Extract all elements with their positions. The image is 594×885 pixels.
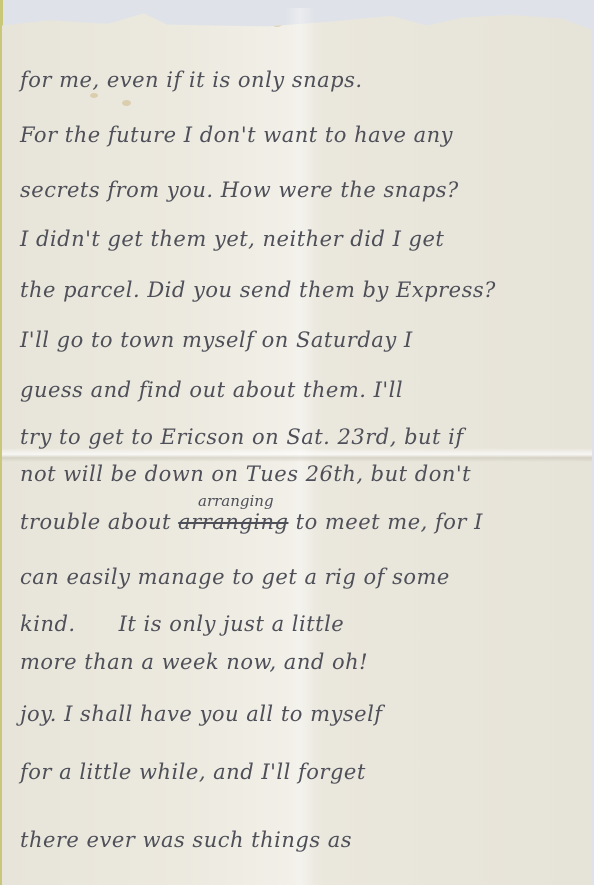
paper-stain <box>90 93 98 98</box>
letter-line-5: the parcel. Did you send them by Express… <box>20 278 496 302</box>
paper-stain <box>474 4 488 10</box>
line-10-start: trouble about <box>20 510 171 534</box>
letter-line-13: more than a week now, and oh! <box>20 650 368 674</box>
struck-word: arranging <box>178 510 288 534</box>
line-10-end: to meet me, for I <box>296 510 483 534</box>
letter-line-7: guess and find out about them. I'll <box>20 378 403 402</box>
letter-line-15: for a little while, and I'll forget <box>20 760 366 784</box>
horizontal-fold <box>2 448 592 462</box>
letter-line-2: For the future I don't want to have any <box>20 123 453 147</box>
letter-line-16: there ever was such things as <box>20 828 352 852</box>
letter-line-4: I didn't get them yet, neither did I get <box>20 227 444 251</box>
paper-stain <box>122 100 131 106</box>
letter-line-10: trouble about arranging to meet me, for … <box>20 510 483 534</box>
letter-line-6: I'll go to town myself on Saturday I <box>20 328 413 352</box>
letter-line-1: for me, even if it is only snaps. <box>20 68 363 92</box>
letter-line-12: kind. It is only just a little <box>20 612 344 636</box>
letter-line-8: try to get to Ericson on Sat. 23rd, but … <box>20 425 464 449</box>
inserted-word: arranging <box>198 492 274 510</box>
letter-line-9: not will be down on Tues 26th, but don't <box>20 462 471 486</box>
letter-line-14: joy. I shall have you all to myself <box>20 702 383 726</box>
letter-line-3: secrets from you. How were the snaps? <box>20 178 459 202</box>
paper-stain <box>272 22 282 27</box>
letter-line-11: can easily manage to get a rig of some <box>20 565 450 589</box>
